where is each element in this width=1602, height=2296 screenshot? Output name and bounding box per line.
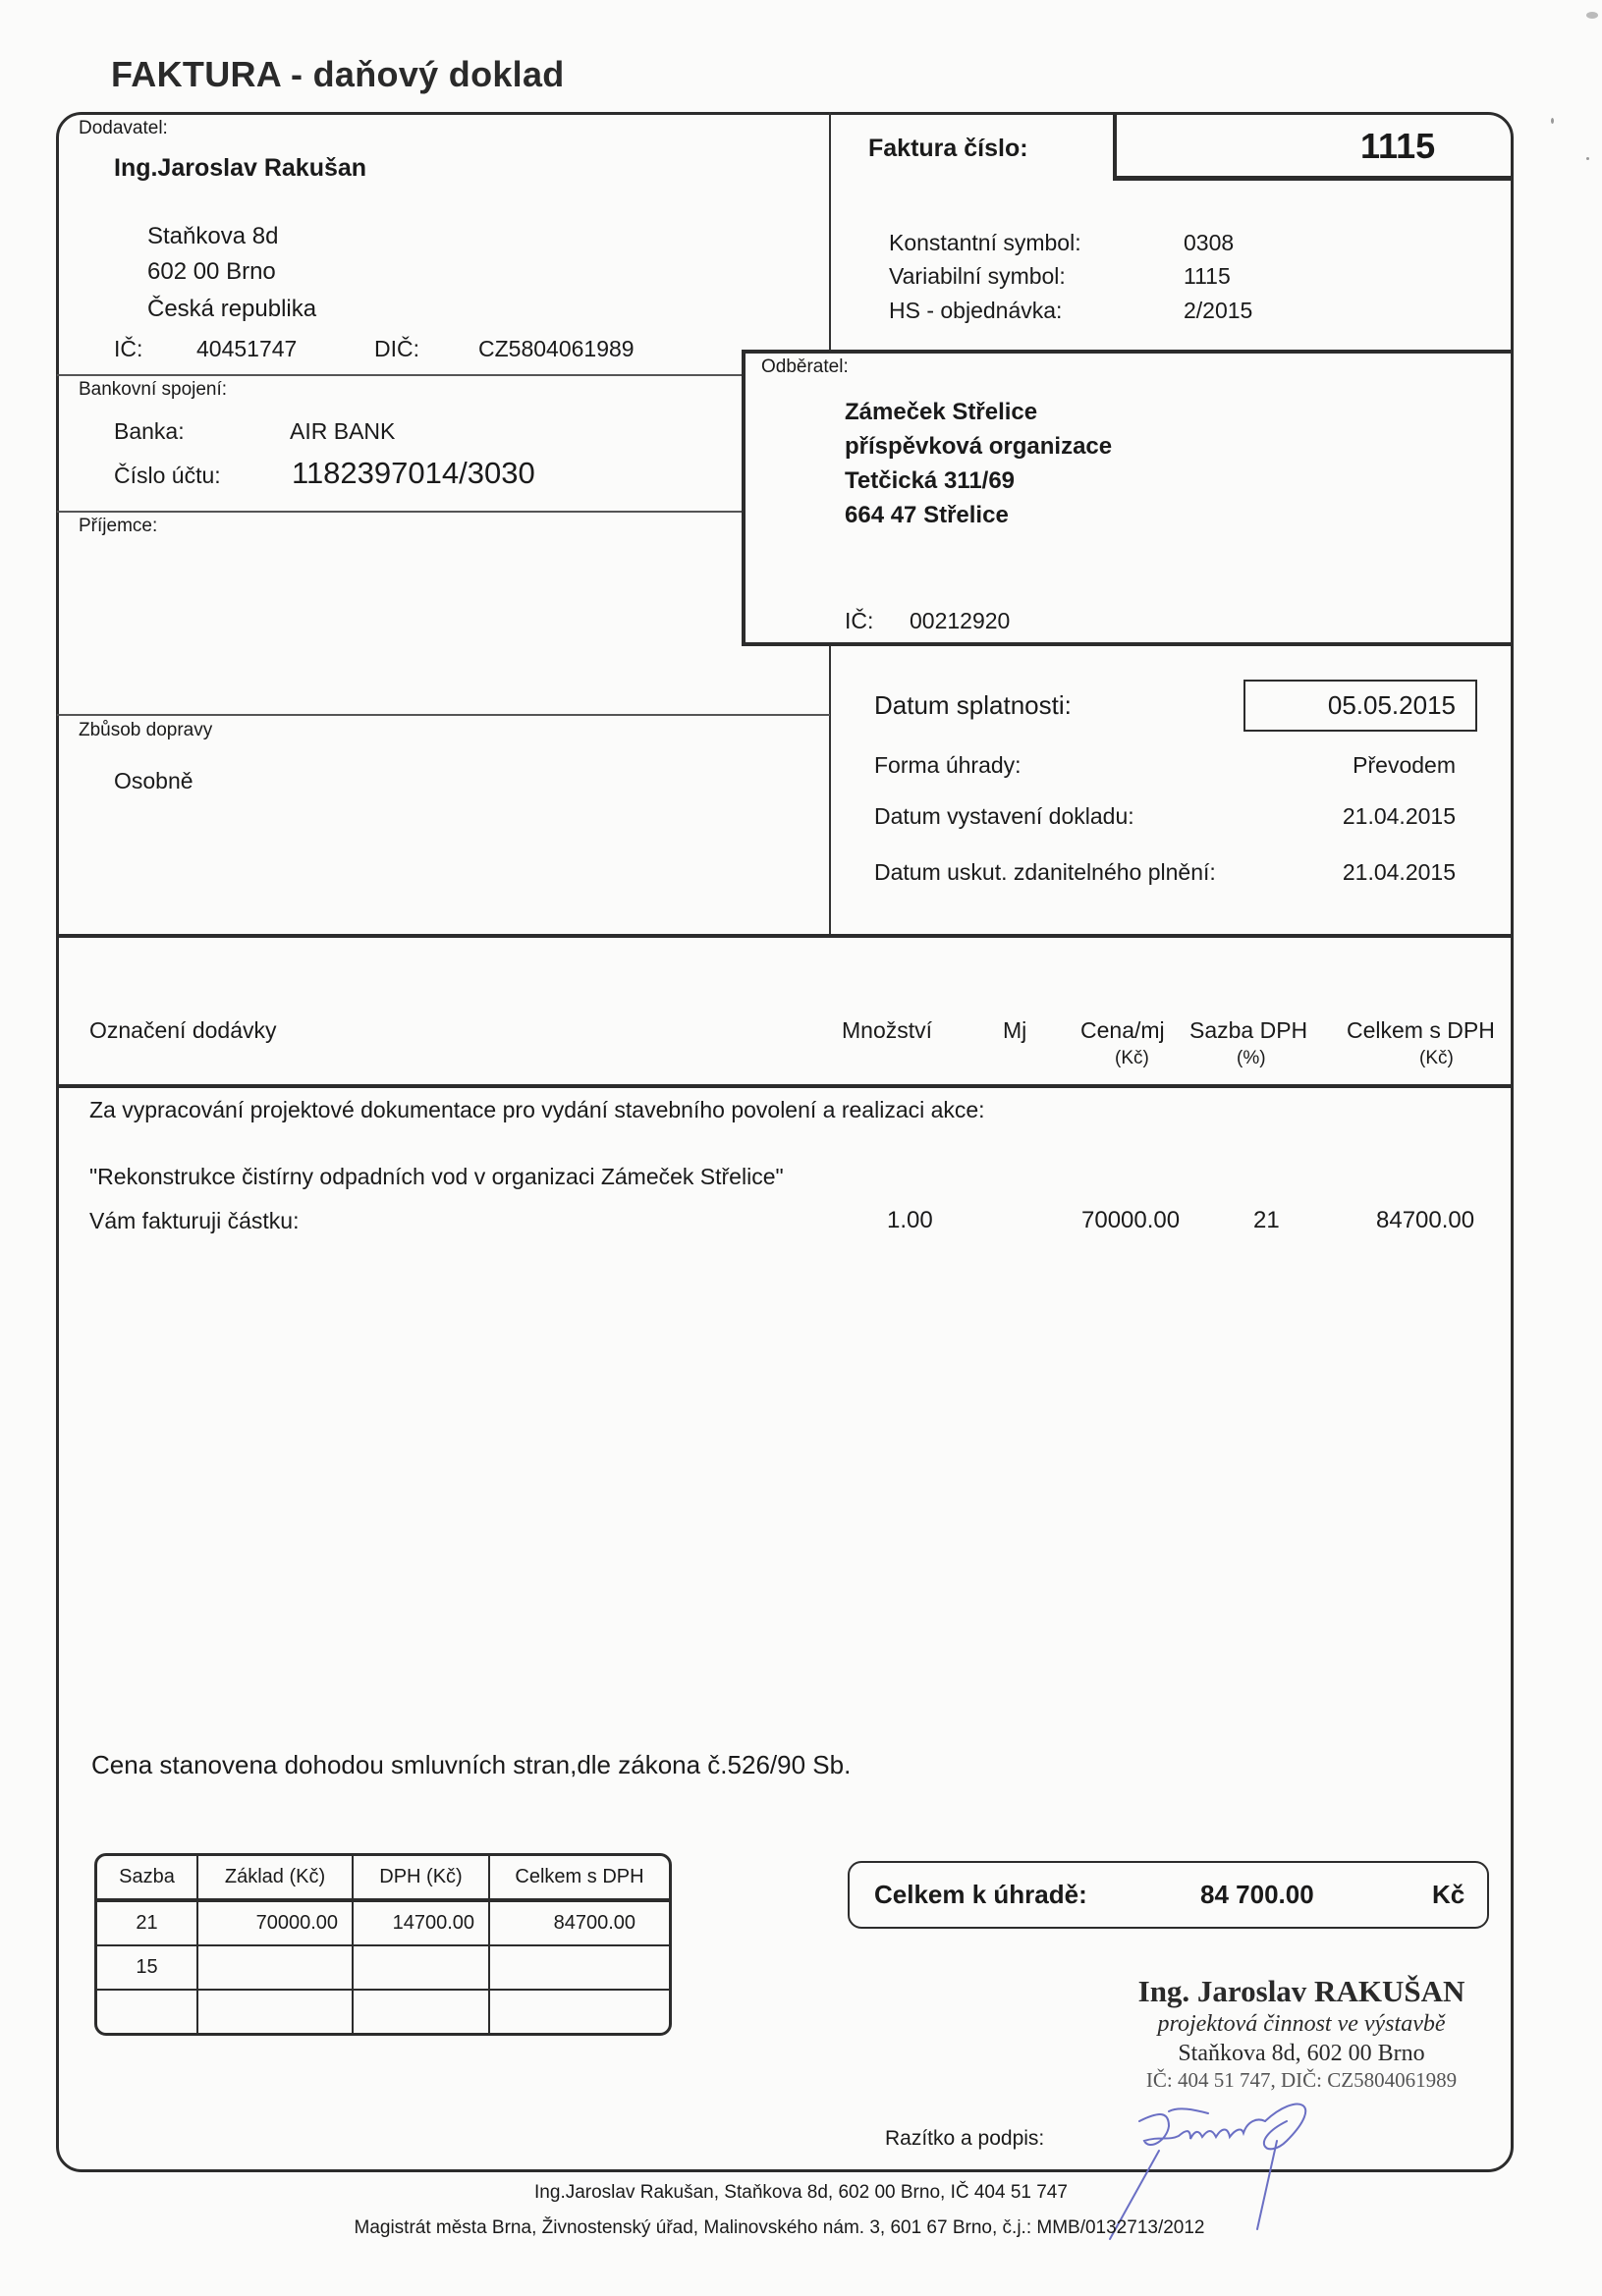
invoice-number-label: Faktura číslo: xyxy=(868,135,1028,163)
supplier-dic-label: DIČ: xyxy=(374,336,419,362)
item-unit-price: 70000.00 xyxy=(1081,1207,1180,1234)
customer-ic-label: IČ: xyxy=(845,608,873,634)
item-intro: Za vypracování projektové dokumentace pr… xyxy=(89,1097,985,1123)
vat-header-vat: DPH (Kč) xyxy=(354,1856,490,1902)
vat-cell xyxy=(198,1991,354,2033)
scan-speck xyxy=(1586,12,1598,19)
col-unit-price-sub: (Kč) xyxy=(1115,1048,1149,1069)
total-amount: 84 700.00 xyxy=(1200,1880,1314,1910)
col-total-sub: (Kč) xyxy=(1419,1048,1454,1069)
invoice-number: 1115 xyxy=(1360,126,1435,167)
variable-symbol-value: 1115 xyxy=(1184,263,1231,290)
vat-cell: 21 xyxy=(97,1902,198,1946)
customer-city: 664 47 Střelice xyxy=(845,502,1009,529)
total-currency: Kč xyxy=(1432,1880,1464,1910)
table-row: 15 xyxy=(97,1946,669,1991)
footer-line-1: Ing.Jaroslav Rakušan, Staňkova 8d, 602 0… xyxy=(0,2182,1602,2204)
taxable-date-label: Datum uskut. zdanitelného plnění: xyxy=(874,859,1216,886)
stamp-activity: projektová činnost ve výstavbě xyxy=(1110,2011,1493,2038)
issue-date-label: Datum vystavení dokladu: xyxy=(874,803,1134,830)
document-title: FAKTURA - daňový doklad xyxy=(111,54,565,95)
supplier-city: 602 00 Brno xyxy=(147,258,276,286)
col-unit: Mj xyxy=(1003,1017,1026,1044)
col-total: Celkem s DPH xyxy=(1347,1017,1495,1044)
customer-name: Zámeček Střelice xyxy=(845,399,1037,426)
column-divider xyxy=(829,112,831,351)
item-project: "Rekonstrukce čistírny odpadních vod v o… xyxy=(89,1164,784,1190)
vat-header-total: Celkem s DPH xyxy=(490,1856,669,1902)
item-total: 84700.00 xyxy=(1376,1207,1474,1234)
issue-date: 21.04.2015 xyxy=(1243,803,1456,830)
vat-cell xyxy=(354,1991,490,2033)
total-label: Celkem k úhradě: xyxy=(874,1880,1087,1910)
item-vat-rate: 21 xyxy=(1253,1207,1280,1234)
account-label: Číslo účtu: xyxy=(114,463,221,489)
supplier-label: Dodavatel: xyxy=(79,118,168,139)
supplier-street: Staňkova 8d xyxy=(147,223,278,250)
taxable-date: 21.04.2015 xyxy=(1243,859,1456,886)
vat-cell xyxy=(490,1946,669,1991)
vat-cell: 15 xyxy=(97,1946,198,1991)
payment-value: Převodem xyxy=(1243,752,1456,779)
constant-symbol-label: Konstantní symbol: xyxy=(889,230,1081,256)
recipient-label: Příjemce: xyxy=(79,516,157,537)
table-row xyxy=(97,1991,669,2033)
stamp-address: Staňkova 8d, 602 00 Brno xyxy=(1110,2041,1493,2067)
vat-header-base: Základ (Kč) xyxy=(198,1856,354,1902)
transport-value: Osobně xyxy=(114,768,193,794)
payment-label: Forma úhrady: xyxy=(874,752,1022,779)
price-note: Cena stanovena dohodou smluvních stran,d… xyxy=(91,1750,851,1780)
vat-cell xyxy=(354,1946,490,1991)
customer-box xyxy=(742,350,1514,646)
due-date-label: Datum splatnosti: xyxy=(874,690,1072,721)
invoice-number-box xyxy=(1113,112,1512,181)
item-quantity: 1.00 xyxy=(887,1207,933,1234)
vat-header-rate: Sazba xyxy=(97,1856,198,1902)
col-vat-rate: Sazba DPH xyxy=(1189,1017,1307,1044)
supplier-country: Česká republika xyxy=(147,296,316,323)
divider xyxy=(57,374,742,376)
vat-cell xyxy=(490,1991,669,2033)
customer-ic: 00212920 xyxy=(910,608,1010,634)
signature-label: Razítko a podpis: xyxy=(885,2127,1044,2151)
item-description: Vám fakturuji částku: xyxy=(89,1208,299,1234)
constant-symbol-value: 0308 xyxy=(1184,230,1234,256)
vat-cell: 14700.00 xyxy=(354,1902,490,1946)
variable-symbol-label: Variabilní symbol: xyxy=(889,263,1066,290)
bank-name: AIR BANK xyxy=(290,418,395,445)
supplier-name: Ing.Jaroslav Rakušan xyxy=(114,154,366,183)
vat-cell xyxy=(97,1991,198,2033)
order-label: HS - objednávka: xyxy=(889,298,1062,324)
bank-section-label: Bankovní spojení: xyxy=(79,379,227,401)
scan-speck xyxy=(1551,118,1554,124)
account-number: 1182397014/3030 xyxy=(292,456,535,491)
divider xyxy=(57,511,742,513)
order-value: 2/2015 xyxy=(1184,298,1252,324)
customer-label: Odběratel: xyxy=(761,356,849,378)
supplier-ic: 40451747 xyxy=(196,336,297,362)
vat-cell xyxy=(198,1946,354,1991)
divider xyxy=(57,714,830,716)
col-unit-price: Cena/mj xyxy=(1080,1017,1165,1044)
supplier-ic-label: IČ: xyxy=(114,336,142,362)
footer-line-2: Magistrát města Brna, Živnostenský úřad,… xyxy=(0,2217,1580,2239)
section-divider xyxy=(57,934,1514,938)
stamp-name: Ing. Jaroslav RAKUŠAN xyxy=(1110,1974,1493,2009)
vat-cell: 70000.00 xyxy=(198,1902,354,1946)
vat-cell: 84700.00 xyxy=(490,1902,669,1946)
vat-summary-table: Sazba Základ (Kč) DPH (Kč) Celkem s DPH … xyxy=(94,1853,672,2036)
transport-label: Zbůsob dopravy xyxy=(79,720,212,741)
column-divider xyxy=(829,645,831,936)
table-header-divider xyxy=(57,1084,1514,1088)
customer-org-type: příspěvková organizace xyxy=(845,433,1112,461)
bank-label: Banka: xyxy=(114,418,185,445)
table-row: 21 70000.00 14700.00 84700.00 xyxy=(97,1902,669,1946)
customer-street: Tetčická 311/69 xyxy=(845,467,1015,495)
col-description: Označení dodávky xyxy=(89,1017,277,1044)
col-vat-rate-sub: (%) xyxy=(1237,1048,1266,1069)
col-quantity: Množství xyxy=(842,1017,932,1044)
supplier-dic: CZ5804061989 xyxy=(478,336,635,362)
scan-speck xyxy=(1586,157,1589,160)
due-date: 05.05.2015 xyxy=(1243,690,1456,721)
